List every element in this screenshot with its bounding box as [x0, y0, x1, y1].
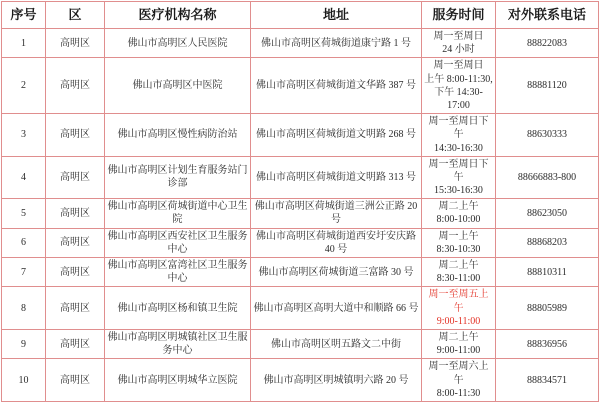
cell-name: 佛山市高明区荷城街道中心卫生院 — [105, 199, 251, 228]
cell-district: 高明区 — [46, 114, 105, 157]
cell-service: 周一至周五上午 9:00-11:00 — [422, 287, 496, 330]
cell-name: 佛山市高明区人民医院 — [105, 29, 251, 58]
table-row: 1 高明区 佛山市高明区人民医院 佛山市高明区荷城街道康宁路 1 号 周一至周日… — [2, 29, 599, 58]
cell-address: 佛山市高明区荷城街道三富路 30 号 — [251, 258, 422, 287]
table-row: 7 高明区 佛山市高明区富湾社区卫生服务中心 佛山市高明区荷城街道三富路 30 … — [2, 258, 599, 287]
table-row: 9 高明区 佛山市高明区明城镇社区卫生服务中心 佛山市高明区明五路文二中街 周二… — [2, 329, 599, 358]
medical-institutions-table: 序号 区 医疗机构名称 地址 服务时间 对外联系电话 1 高明区 佛山市高明区人… — [1, 1, 599, 402]
cell-no: 4 — [2, 156, 46, 199]
cell-phone: 88623050 — [496, 199, 599, 228]
cell-service: 周一上午 8:30-10:30 — [422, 228, 496, 257]
cell-district: 高明区 — [46, 199, 105, 228]
cell-district: 高明区 — [46, 287, 105, 330]
cell-name: 佛山市高明区慢性病防治站 — [105, 114, 251, 157]
cell-address: 佛山市高明区荷城街道西安圩安庆路 40 号 — [251, 228, 422, 257]
cell-no: 3 — [2, 114, 46, 157]
cell-no: 7 — [2, 258, 46, 287]
cell-no: 9 — [2, 329, 46, 358]
header-row: 序号 区 医疗机构名称 地址 服务时间 对外联系电话 — [2, 2, 599, 29]
cell-service: 周一至周日下午 14:30-16:30 — [422, 114, 496, 157]
cell-phone: 88834571 — [496, 359, 599, 402]
cell-service: 周二上午 8:00-10:00 — [422, 199, 496, 228]
cell-phone: 88836956 — [496, 329, 599, 358]
cell-district: 高明区 — [46, 359, 105, 402]
col-header-address: 地址 — [251, 2, 422, 29]
cell-service: 周一至周日下午 15:30-16:30 — [422, 156, 496, 199]
cell-address: 佛山市高明区荷城街道文明路 268 号 — [251, 114, 422, 157]
cell-name: 佛山市高明区明城华立医院 — [105, 359, 251, 402]
cell-address: 佛山市高明区高明大道中和顺路 66 号 — [251, 287, 422, 330]
cell-name: 佛山市高明区富湾社区卫生服务中心 — [105, 258, 251, 287]
cell-no: 5 — [2, 199, 46, 228]
table-row: 3 高明区 佛山市高明区慢性病防治站 佛山市高明区荷城街道文明路 268 号 周… — [2, 114, 599, 157]
cell-address: 佛山市高明区明城镇明六路 20 号 — [251, 359, 422, 402]
cell-service: 周一至周日 上午 8:00-11:30, 下午 14:30-17:00 — [422, 58, 496, 114]
cell-district: 高明区 — [46, 329, 105, 358]
cell-no: 8 — [2, 287, 46, 330]
cell-service: 周一至周六上午 8:00-11:30 — [422, 359, 496, 402]
cell-service: 周二上午 8:30-11:00 — [422, 258, 496, 287]
cell-service: 周一至周日 24 小时 — [422, 29, 496, 58]
cell-no: 1 — [2, 29, 46, 58]
cell-phone: 88881120 — [496, 58, 599, 114]
table-row: 8 高明区 佛山市高明区杨和镇卫生院 佛山市高明区高明大道中和顺路 66 号 周… — [2, 287, 599, 330]
cell-address: 佛山市高明区荷城街道文华路 387 号 — [251, 58, 422, 114]
col-header-phone: 对外联系电话 — [496, 2, 599, 29]
cell-district: 高明区 — [46, 258, 105, 287]
cell-district: 高明区 — [46, 29, 105, 58]
cell-district: 高明区 — [46, 228, 105, 257]
cell-phone: 88666883-800 — [496, 156, 599, 199]
col-header-no: 序号 — [2, 2, 46, 29]
cell-phone: 88868203 — [496, 228, 599, 257]
cell-no: 10 — [2, 359, 46, 402]
table-row: 5 高明区 佛山市高明区荷城街道中心卫生院 佛山市高明区荷城街道三洲公正路 20… — [2, 199, 599, 228]
cell-name: 佛山市高明区计划生育服务站门诊部 — [105, 156, 251, 199]
cell-phone: 88822083 — [496, 29, 599, 58]
cell-address: 佛山市高明区荷城街道三洲公正路 20 号 — [251, 199, 422, 228]
cell-phone: 88805989 — [496, 287, 599, 330]
cell-address: 佛山市高明区荷城街道文明路 313 号 — [251, 156, 422, 199]
cell-district: 高明区 — [46, 156, 105, 199]
cell-no: 2 — [2, 58, 46, 114]
cell-no: 6 — [2, 228, 46, 257]
table-row: 6 高明区 佛山市高明区西安社区卫生服务中心 佛山市高明区荷城街道西安圩安庆路 … — [2, 228, 599, 257]
col-header-name: 医疗机构名称 — [105, 2, 251, 29]
cell-name: 佛山市高明区西安社区卫生服务中心 — [105, 228, 251, 257]
cell-service: 周二上午 9:00-11:00 — [422, 329, 496, 358]
col-header-district: 区 — [46, 2, 105, 29]
cell-address: 佛山市高明区明五路文二中街 — [251, 329, 422, 358]
table-row: 10 高明区 佛山市高明区明城华立医院 佛山市高明区明城镇明六路 20 号 周一… — [2, 359, 599, 402]
cell-phone: 88810311 — [496, 258, 599, 287]
col-header-service: 服务时间 — [422, 2, 496, 29]
table-row: 4 高明区 佛山市高明区计划生育服务站门诊部 佛山市高明区荷城街道文明路 313… — [2, 156, 599, 199]
cell-district: 高明区 — [46, 58, 105, 114]
table-row: 2 高明区 佛山市高明区中医院 佛山市高明区荷城街道文华路 387 号 周一至周… — [2, 58, 599, 114]
cell-name: 佛山市高明区中医院 — [105, 58, 251, 114]
cell-phone: 88630333 — [496, 114, 599, 157]
cell-name: 佛山市高明区明城镇社区卫生服务中心 — [105, 329, 251, 358]
cell-address: 佛山市高明区荷城街道康宁路 1 号 — [251, 29, 422, 58]
cell-name: 佛山市高明区杨和镇卫生院 — [105, 287, 251, 330]
